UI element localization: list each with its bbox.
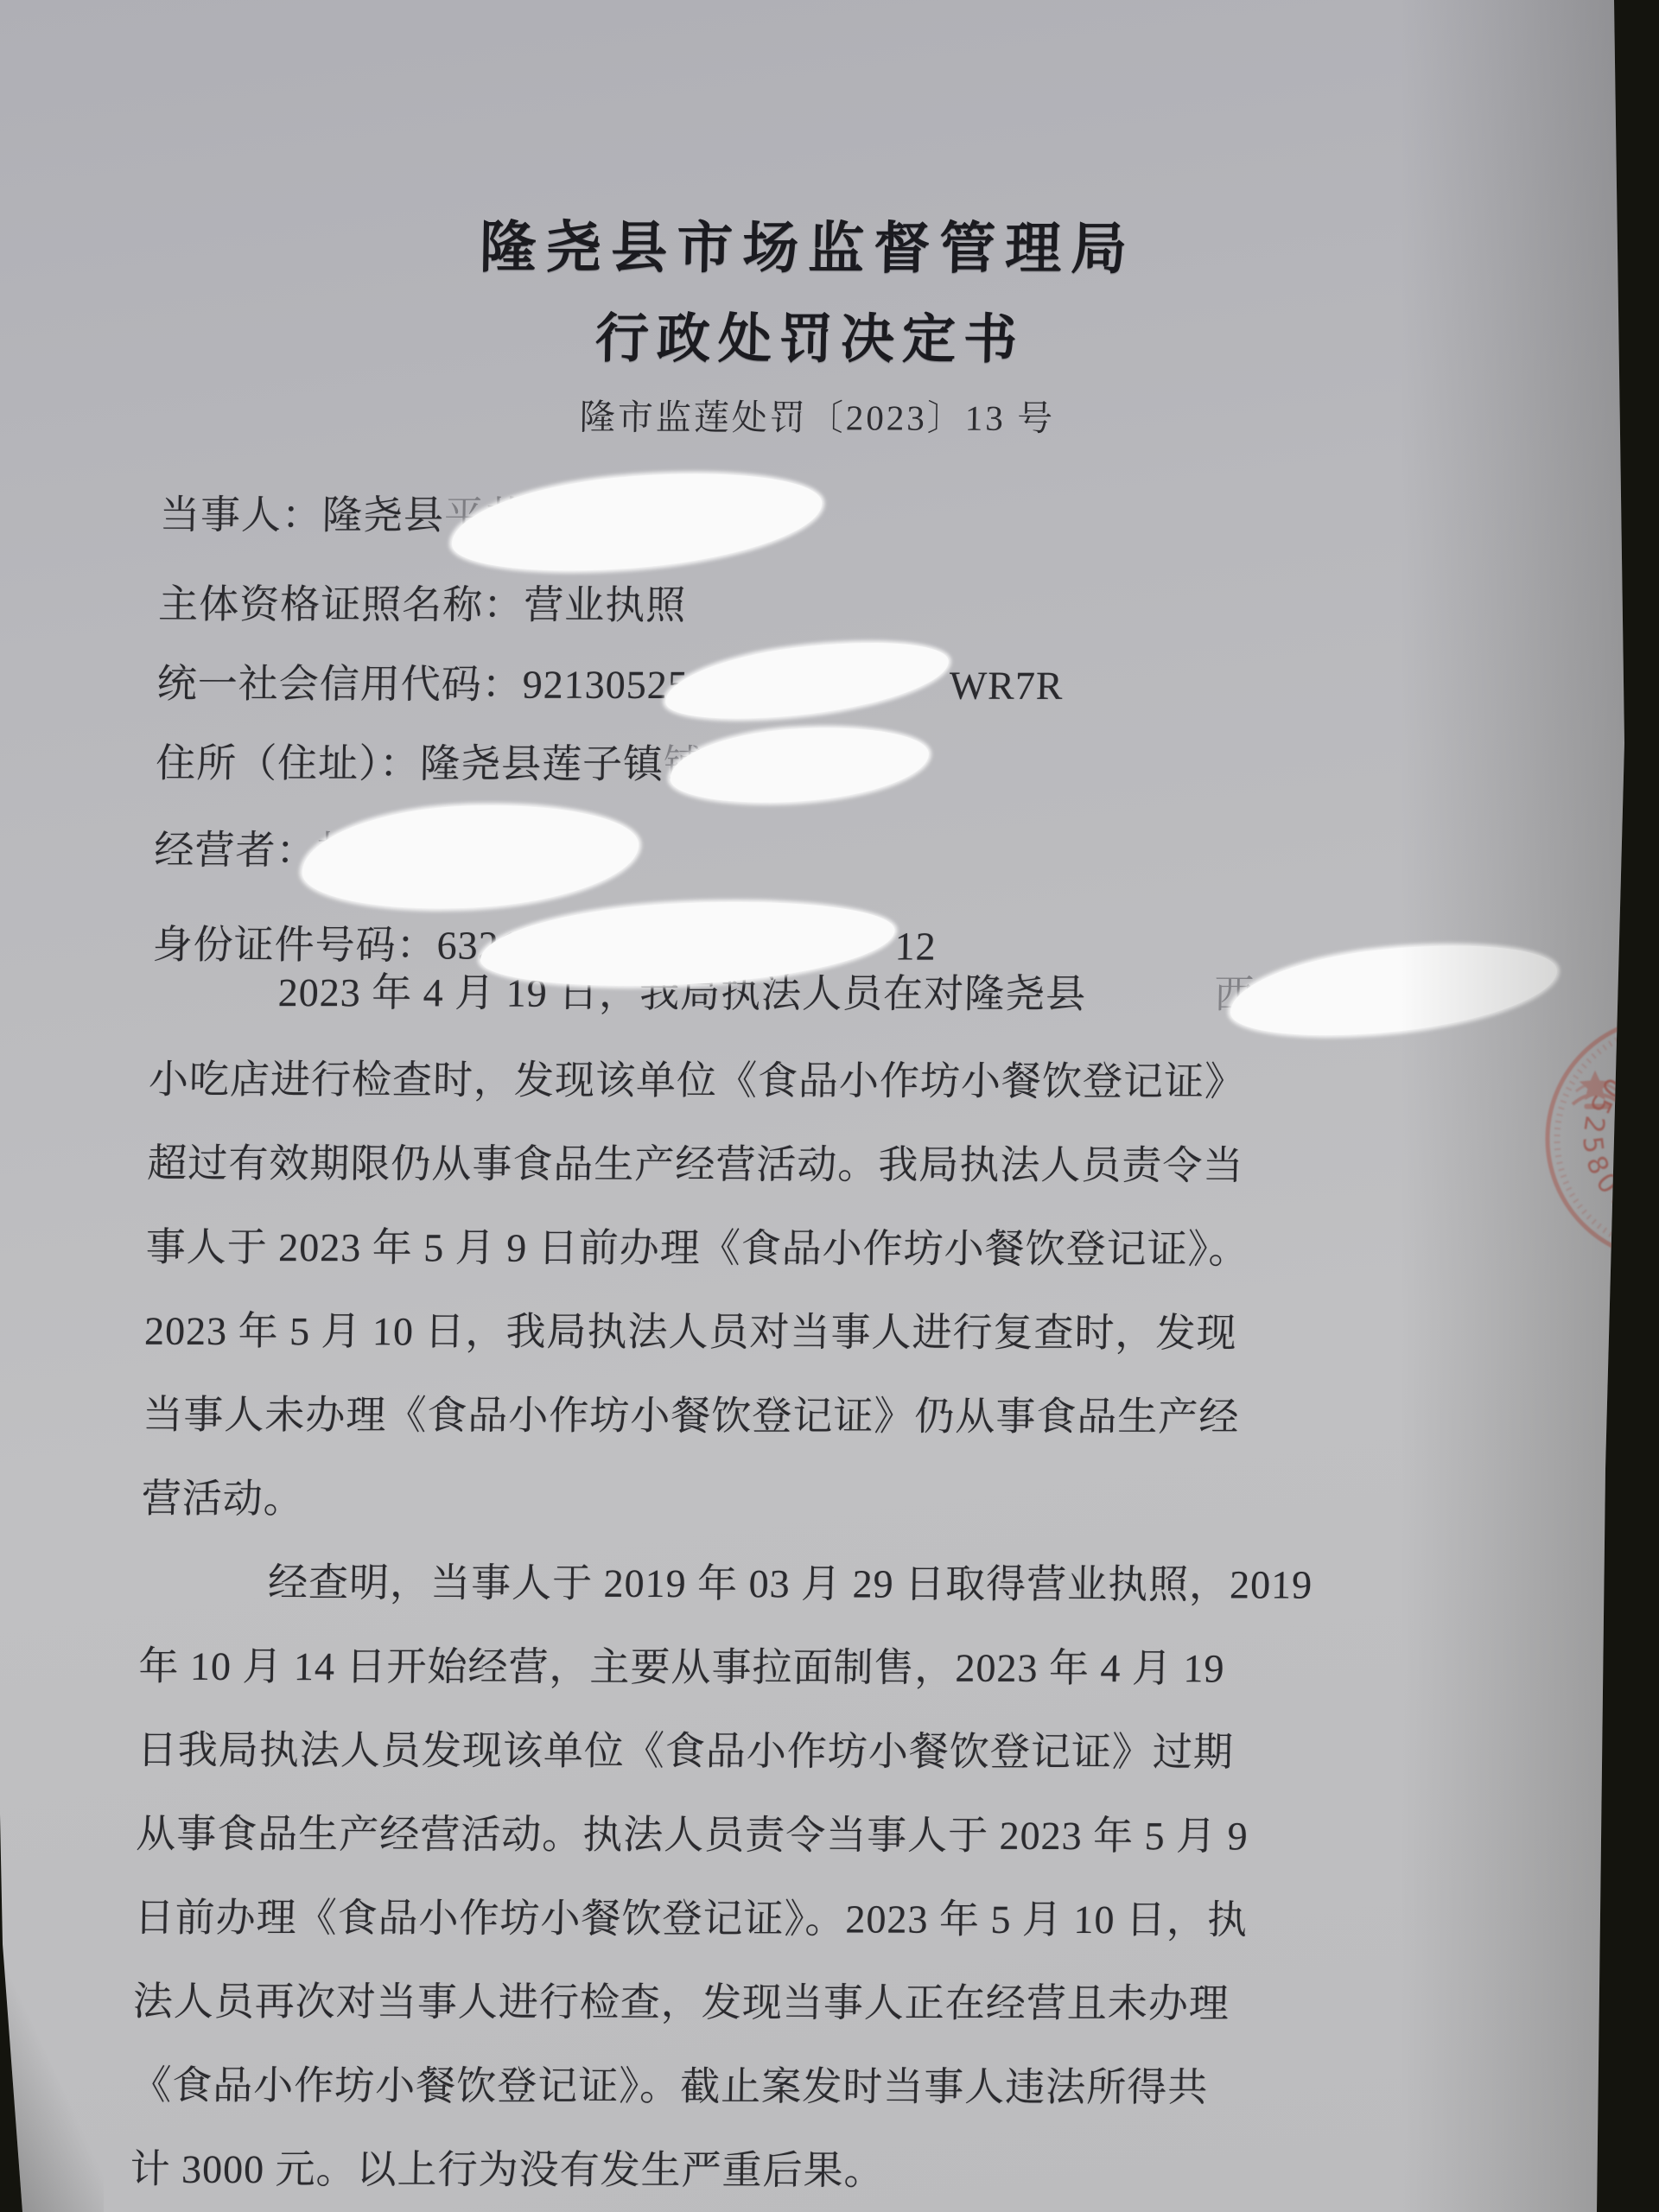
document-text: 经营者： bbox=[154, 829, 317, 873]
party-info-section: 当事人：隆尧县平共主体资格证照名称：营业执照统一社会信用代码：92130525W… bbox=[152, 474, 1067, 992]
paper-edge-shadow-right bbox=[1400, 0, 1624, 2212]
document-line: 住所（住址）：隆尧县莲子镇铺 bbox=[155, 724, 1062, 806]
document-text: 当事人：隆尧县 bbox=[160, 493, 445, 537]
document-line: 2023 年 5 月 10 日，我局执法人员对当事人进行复查时，发现 bbox=[143, 1289, 1552, 1376]
document-line: 经营者：林文刚 bbox=[153, 804, 1061, 907]
document-text: 经查明，当事人于 2019 年 03 月 29 日取得营业执照，2019 bbox=[268, 1560, 1313, 1607]
document-line: 年 10 月 14 日开始经营，主要从事拉面制售，2023 年 4 月 19 bbox=[138, 1624, 1547, 1711]
document-text: 小吃店进行检查时，发现该单位《食品小作坊小餐饮登记证》 bbox=[149, 1058, 1246, 1104]
redaction-mark bbox=[668, 721, 931, 810]
body-text-section: 2023 年 4 月 19 日，我局执法人员在对隆尧县西小吃店进行检查时，发现该… bbox=[130, 950, 1558, 2212]
document-text: 计 3000 元。以上行为没有发生严重后果。 bbox=[130, 2147, 885, 2193]
document-line: 经查明，当事人于 2019 年 03 月 29 日取得营业执照，2019 bbox=[139, 1541, 1548, 1627]
document-line: 主体资格证照名称：营业执照 bbox=[158, 565, 1065, 646]
document-line: 小吃店进行检查时，发现该单位《食品小作坊小餐饮登记证》 bbox=[148, 1038, 1556, 1124]
document-type-title: 行政处罚决定书 bbox=[0, 294, 1640, 374]
document-text: 统一社会信用代码：92130525 bbox=[156, 662, 689, 707]
document-line: 统一社会信用代码：92130525WR7R bbox=[156, 645, 1064, 726]
document-text: 当事人未办理《食品小作坊小餐饮登记证》仍从事食品生产经 bbox=[143, 1393, 1240, 1440]
document-text: 住所（住址）：隆尧县莲子镇 bbox=[156, 741, 664, 786]
photo-of-document: { "document": { "agency_title": "隆尧县市场监督… bbox=[0, 0, 1659, 2212]
redaction-mark bbox=[662, 630, 952, 731]
document-line: 《食品小作坊小餐饮登记证》。截止案发时当事人违法所得共 bbox=[130, 2044, 1539, 2130]
document-line: 日我局执法人员发现该单位《食品小作坊小餐饮登记证》过期 bbox=[137, 1708, 1545, 1795]
redacted-text-fragment: 西 bbox=[1085, 952, 1255, 1036]
document-line: 计 3000 元。以上行为没有发生严重后果。 bbox=[130, 2127, 1538, 2212]
document-line: 2023 年 4 月 19 日，我局执法人员在对隆尧县西 bbox=[149, 950, 1558, 1041]
document-text: 法人员再次对当事人进行检查，发现当事人正在经营且未办理 bbox=[133, 1980, 1230, 2026]
document-line: 当事人：隆尧县平共 bbox=[159, 474, 1067, 567]
document-text: 从事食品生产经营活动。执法人员责令当事人于 2023 年 5 月 9 bbox=[136, 1812, 1249, 1859]
document-line: 超过有效期限仍从事食品生产经营活动。我局执法人员责令当 bbox=[147, 1122, 1555, 1208]
document-text: 年 10 月 14 日开始经营，主要从事拉面制售，2023 年 4 月 19 bbox=[138, 1644, 1225, 1691]
document-text: 日我局执法人员发现该单位《食品小作坊小餐饮登记证》过期 bbox=[137, 1728, 1234, 1775]
document-text: 主体资格证照名称：营业执照 bbox=[158, 582, 687, 627]
document-line: 法人员再次对当事人进行检查，发现当事人正在经营且未办理 bbox=[132, 1960, 1541, 2046]
document-line: 从事食品生产经营活动。执法人员责令当事人于 2023 年 5 月 9 bbox=[135, 1792, 1543, 1878]
document-paper: 隆尧县市场监督管理局 行政处罚决定书 隆市监莲处罚〔2023〕13 号 当事人：… bbox=[0, 0, 1659, 2212]
paper-edge-shadow-bottomleft bbox=[0, 1858, 104, 2212]
agency-title: 隆尧县市场监督管理局 bbox=[0, 200, 1638, 285]
document-line: 事人于 2023 年 5 月 9 日前办理《食品小作坊小餐饮登记证》。 bbox=[145, 1205, 1554, 1292]
document-text: 事人于 2023 年 5 月 9 日前办理《食品小作坊小餐饮登记证》。 bbox=[145, 1225, 1249, 1272]
document-text: 日前办理《食品小作坊小餐饮登记证》。2023 年 5 月 10 日，执 bbox=[134, 1896, 1248, 1942]
document-text: 营活动。 bbox=[141, 1477, 304, 1521]
document-text: WR7R bbox=[949, 664, 1064, 708]
document-text: 2023 年 5 月 10 日，我局执法人员对当事人进行复查时，发现 bbox=[144, 1309, 1237, 1356]
document-text: 《食品小作坊小餐饮登记证》。截止案发时当事人违法所得共 bbox=[131, 2063, 1209, 2110]
document-line: 日前办理《食品小作坊小餐饮登记证》。2023 年 5 月 10 日，执 bbox=[134, 1876, 1542, 1962]
document-line: 当事人未办理《食品小作坊小餐饮登记证》仍从事食品生产经 bbox=[143, 1373, 1551, 1459]
document-line: 营活动。 bbox=[141, 1457, 1549, 1543]
document-text: 超过有效期限仍从事食品生产经营活动。我局执法人员责令当 bbox=[147, 1141, 1244, 1188]
